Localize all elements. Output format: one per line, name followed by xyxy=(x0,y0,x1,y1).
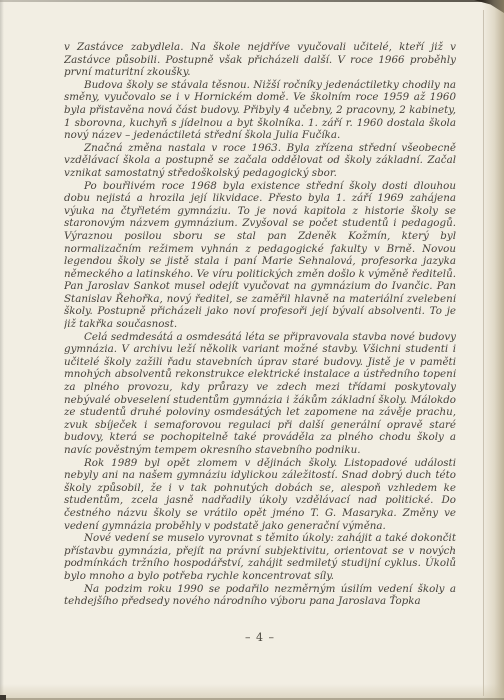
paragraph: Na podzim roku 1990 se podařilo nezměrný… xyxy=(64,583,456,608)
page-right-edge-shadow xyxy=(482,0,504,700)
paragraph: Budova školy se stávala těsnou. Nižší ro… xyxy=(64,79,456,142)
paragraph: Po bouřlivém roce 1968 byla existence st… xyxy=(64,180,456,331)
page-top-edge-shadow xyxy=(0,0,504,2)
paragraph: Značná změna nastala v roce 1963. Byla z… xyxy=(64,142,456,180)
page-number: – 4 – xyxy=(64,631,456,644)
page-left-edge-shadow xyxy=(0,0,4,700)
paragraph: Rok 1989 byl opět zlomem v dějinách škol… xyxy=(64,457,456,533)
scan-speck xyxy=(0,695,6,700)
paragraph: Nové vedení se muselo vyrovnat s těmito … xyxy=(64,532,456,582)
paragraph: v Zastávce zabydlela. Na škole nejdříve … xyxy=(64,41,456,79)
body-text: v Zastávce zabydlela. Na škole nejdříve … xyxy=(64,41,456,633)
book-page: v Zastávce zabydlela. Na škole nejdříve … xyxy=(0,0,504,700)
paragraph: Celá sedmdesátá a osmdesátá léta se přip… xyxy=(64,331,456,457)
page-crease-line xyxy=(483,10,484,696)
